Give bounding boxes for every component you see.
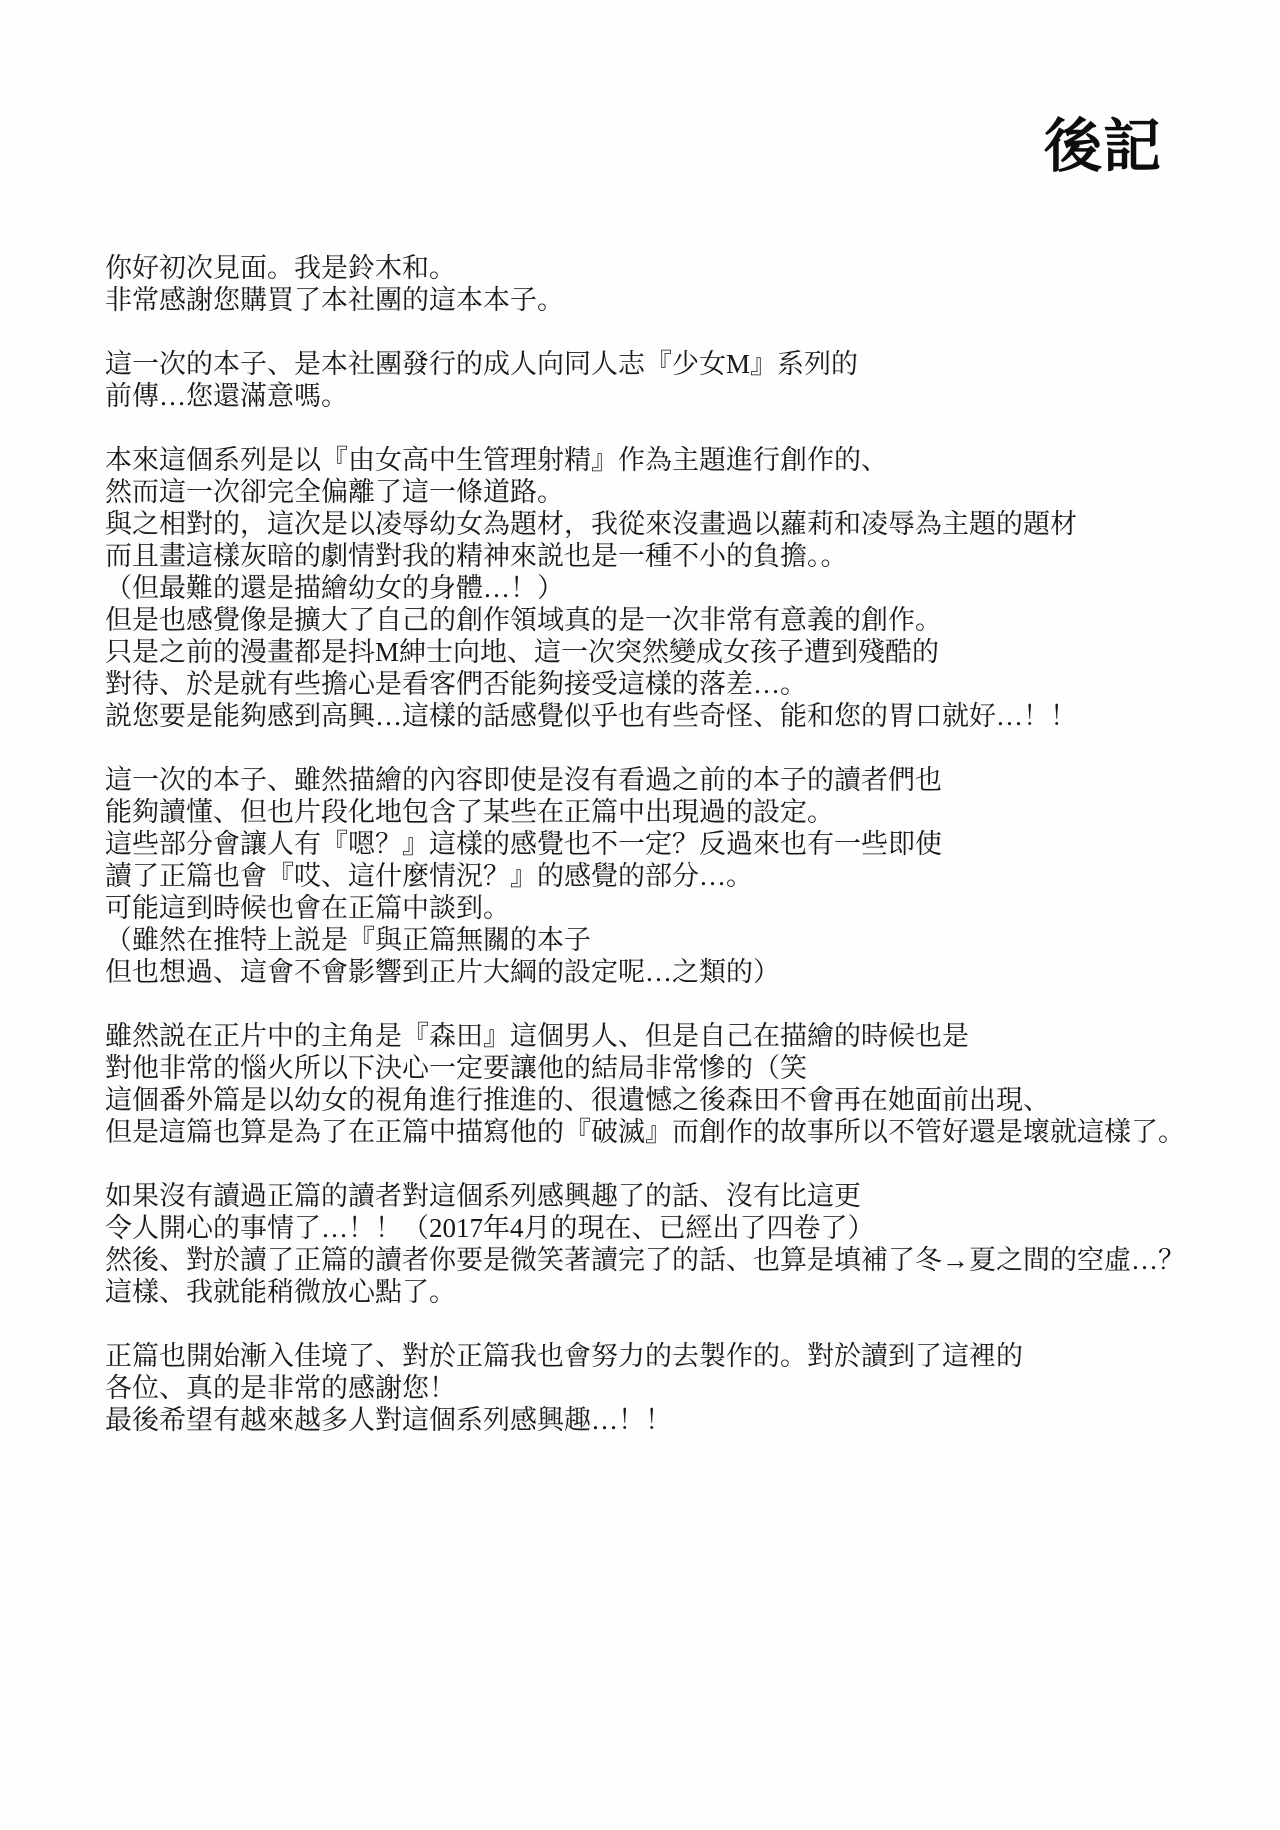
paragraph-series-intro: 這一次的本子、是本社團發行的成人向同人志『少女M』系列的 前傳…您還滿意嗎。 [105,348,1255,412]
paragraph-morita-notes: 雖然説在正片中的主角是『森田』這個男人、但是自己在描繪的時候也是 對他非常的惱火… [105,1020,1255,1148]
paragraph-reader-message: 如果沒有讀過正篇的讀者對這個系列感興趣了的話、沒有比這更 令人開心的事情了…！！… [105,1180,1255,1308]
paragraph-greeting: 你好初次見面。我是鈴木和。 非常感謝您購買了本社團的這本本子。 [105,252,1255,316]
paragraph-closing-thanks: 正篇也開始漸入佳境了、對於正篇我也會努力的去製作的。對於讀到了這裡的 各位、真的… [105,1340,1255,1436]
afterword-page: 後記 你好初次見面。我是鈴木和。 非常感謝您購買了本社團的這本本子。 這一次的本… [0,0,1280,1830]
paragraph-theme-change: 本來這個系列是以『由女高中生管理射精』作為主題進行創作的、 然而這一次卻完全偏離… [105,444,1255,732]
page-title: 後記 [1044,118,1162,176]
paragraph-settings-notes: 這一次的本子、雖然描繪的內容即使是沒有看過之前的本子的讀者們也 能夠讀懂、但也片… [105,764,1255,988]
afterword-body: 你好初次見面。我是鈴木和。 非常感謝您購買了本社團的這本本子。 這一次的本子、是… [105,252,1255,1436]
